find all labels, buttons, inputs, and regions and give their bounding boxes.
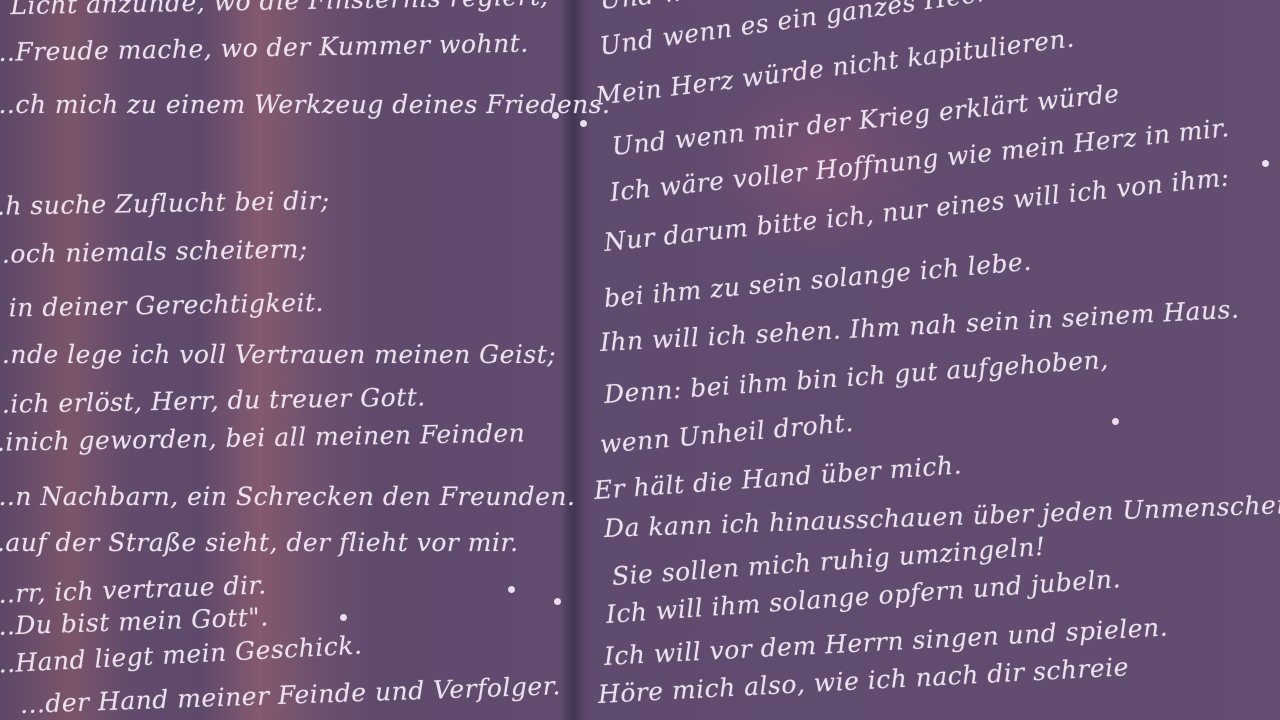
paint-dot <box>340 614 347 621</box>
handwritten-line: ...nde lege ich voll Vertrauen meinen Ge… <box>0 340 556 369</box>
paint-dot <box>552 112 559 119</box>
paint-dot <box>1112 418 1119 425</box>
paint-dot <box>508 586 515 593</box>
paint-dot <box>554 598 561 605</box>
handwritten-line: ...n Nachbarn, ein Schrecken den Freunde… <box>0 482 575 511</box>
handwritten-line: ...och niemals scheitern; <box>0 234 308 269</box>
paint-dot <box>580 120 587 127</box>
handwritten-line: ...h suche Zuflucht bei dir; <box>0 186 330 221</box>
paint-dot <box>1262 160 1269 167</box>
handwritten-line: ... in deiner Gerechtigkeit. <box>0 288 324 323</box>
handwritten-line: ...ch mich zu einem Werkzeug deines Frie… <box>0 90 611 119</box>
handwritten-line: ...auf der Straße sieht, der flieht vor … <box>0 528 519 557</box>
